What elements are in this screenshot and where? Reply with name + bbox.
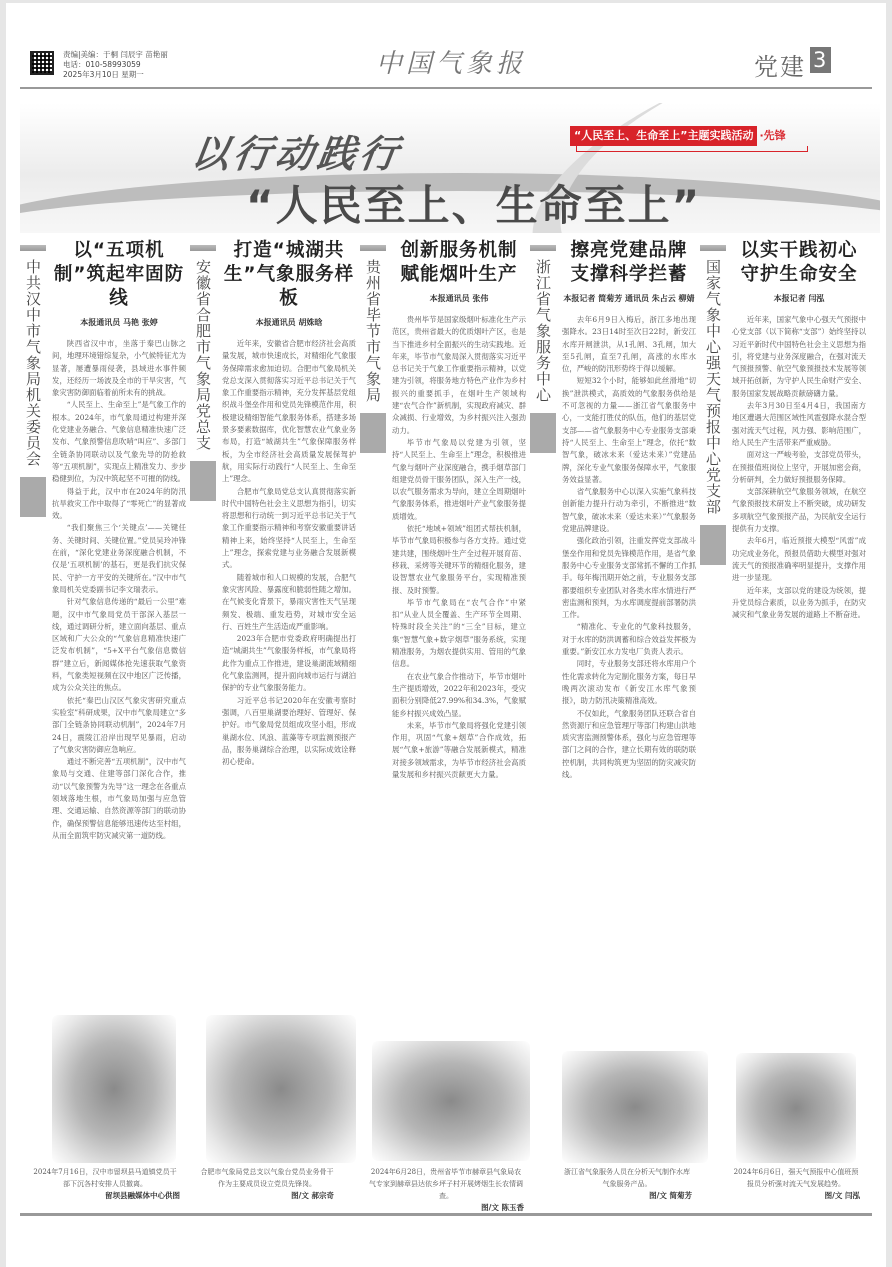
paragraph: 通过不断完善“五项机制”，汉中市气象局与交通、住建等部门深化合作，推动“以气象预… xyxy=(52,756,186,842)
paragraph: 贵州毕节是国家级烟叶标准化生产示范区，贵州省最大的优质烟叶产区，也是当下推进乡村… xyxy=(392,314,526,437)
paragraph: 毕节市气象局在“农气合作”中紧扣“从业人员全覆盖、生产环节全周期、特殊时段全关注… xyxy=(392,597,526,671)
caption-text: 2024年7月16日，汉中市留坝县马道镇党员干部下沉各村安排人员撤离。 xyxy=(33,1168,176,1188)
section-header: 党建3 xyxy=(754,47,831,82)
org-label-text: 浙江省气象服务中心 xyxy=(530,259,556,403)
article: 打造“城湖共生”气象服务样板 本报通讯员 胡姝晗 近年来，安徽省合肥市经济社会高… xyxy=(222,235,356,768)
article-headline[interactable]: 以实干践初心守护生命安全 xyxy=(732,239,866,287)
caption-text: 浙江省气象服务人员在分析天气制作水库气象服务产品。 xyxy=(564,1168,690,1188)
paragraph: 同时，专业服务支部还将水库用户个性化需求转化为定制化服务方案，每日早晚两次滚动发… xyxy=(562,658,696,707)
editors-line: 责编|美编：于桐 闫辰宇 苗艳丽 xyxy=(63,50,168,60)
article: 创新服务机制赋能烟叶生产 本报通讯员 张伟 贵州毕节是国家级烟叶标准化生产示范区… xyxy=(392,235,526,781)
page-number: 3 xyxy=(810,47,831,73)
activity-tag-bracket xyxy=(576,146,808,152)
activity-tag: “人民至上、生命至上”主题实践活动·先锋 xyxy=(570,126,786,146)
org-label-block xyxy=(530,413,556,453)
paragraph: 陕西省汉中市，坐落于秦巴山脉之间，地理环境错综复杂，小气候特征尤为显著，屡遭暴雨… xyxy=(52,338,186,399)
paragraph: 近年来，支部以党的建设为统领，提升党员综合素质，以业务为抓手，在防灾减灾和气象业… xyxy=(732,585,866,622)
photo-caption: 2024年6月6日，强天气预报中心值班预报员分析强对流天气发展趋势。 图/文 闫… xyxy=(732,1166,860,1202)
org-label-bar xyxy=(190,245,216,251)
article-headline[interactable]: 以“五项机制”筑起牢固防线 xyxy=(52,239,186,311)
paragraph: 短短32个小时，能够如此丝滑地“切换”泄洪模式，高质效的气象服务供给是不可忽视的… xyxy=(562,375,696,486)
paragraph: 得益于此，汉中市在2024年的防汛抗旱救灾工作中取得了“零死亡”的显著成效。 xyxy=(52,486,186,523)
paragraph: 去年6月，临近预报大模型“风雷”成功完成业务化，预报员借助大模型对强对流天气的预… xyxy=(732,535,866,584)
caption-text: 合肥市气象局党总支以气象台党员业务骨干作为主要成员设立党员先锋岗。 xyxy=(201,1168,334,1188)
banner-title-line1: 以行动践行 xyxy=(188,123,406,178)
photo-zhejiang-forecasters[interactable] xyxy=(562,1051,708,1163)
org-label-block xyxy=(190,461,216,501)
phone-line: 电话：010-58993059 xyxy=(63,60,168,70)
section-name: 党建 xyxy=(754,53,806,81)
org-label: 安徽省合肥市气象局党总支 xyxy=(190,245,216,501)
org-label-block xyxy=(20,477,46,517)
org-label-text: 贵州省毕节市气象局 xyxy=(360,259,386,403)
paragraph: “精准化、专业化的气象科技服务，对于水库的防洪调蓄和综合效益发挥极为重要。”新安… xyxy=(562,621,696,658)
org-label-text: 国家气象中心强天气预报中心党支部 xyxy=(700,259,726,515)
article-byline: 本报通讯员 张伟 xyxy=(392,293,526,304)
paragraph: “人民至上、生命至上”是气象工作的根本。2024年，市气象局通过构建并深化党建业… xyxy=(52,399,186,485)
caption-text: 2024年6月28日，贵州省毕节市赫章县气象局农气专家到赫章县达依乡坪子村开展烤… xyxy=(369,1168,523,1200)
article-headline[interactable]: 打造“城湖共生”气象服务样板 xyxy=(222,239,356,311)
top-divider xyxy=(20,87,872,89)
photo-caption: 浙江省气象服务人员在分析天气制作水库气象服务产品。 图/文 简菊芳 xyxy=(562,1166,692,1202)
paragraph: 支部深耕航空气象服务领域，在航空气象预报技术研发上不断突破，成功研发多项航空气象… xyxy=(732,486,866,535)
newspaper-logo: 中国气象报 xyxy=(376,43,526,80)
org-label-bar xyxy=(20,245,46,251)
paragraph: 合肥市气象局党总支认真贯彻落实新时代中国特色社会主义思想为指引，切实将思想和行动… xyxy=(222,486,356,572)
paragraph: 近年来，国家气象中心强天气预报中心党支部（以下简称“支部”）始终坚持以习近平新时… xyxy=(732,314,866,400)
article-headline[interactable]: 擦亮党建品牌支撑科学拦蓄 xyxy=(562,239,696,287)
caption-text: 2024年6月6日，强天气预报中心值班预报员分析强对流天气发展趋势。 xyxy=(734,1168,859,1188)
paragraph: 去年3月30日至4月4日，我国南方地区遭遇大范围区域性风雹强降水混合型强对流天气… xyxy=(732,400,866,449)
photo-credit: 图/文 简菊芳 xyxy=(562,1190,692,1202)
article-body: 去年6月9日入梅后，浙江多地出现强降水。23日14时至次日22时，新安江水库开闸… xyxy=(562,314,696,781)
activity-tag-suffix: ·先锋 xyxy=(759,129,785,142)
photo-caption: 合肥市气象局党总支以气象台党员业务骨干作为主要成员设立党员先锋岗。 图/文 郝宗… xyxy=(200,1166,334,1202)
paragraph: 针对气象信息传递的“最后一公里”难题，汉中市气象局党员干部深入基层一线，通过调研… xyxy=(52,596,186,694)
org-label-bar xyxy=(700,245,726,251)
article-headline[interactable]: 创新服务机制赋能烟叶生产 xyxy=(392,239,526,287)
paragraph: 随着城市和人口规模的发展，合肥气象灾害风险、暴露度和脆弱性随之增加。在气候变化背… xyxy=(222,572,356,633)
paragraph: 面对这一严峻考验，支部党员带头，在预报值班岗位上坚守，开展加密会商，分析研判，全… xyxy=(732,449,866,486)
paragraph: 依托“秦巴山汉区气象灾害研究重点实验室”科研成果，汉中市气象局建立“多部门全链条… xyxy=(52,695,186,756)
photo-bijie-tobacco-field[interactable] xyxy=(372,1041,530,1161)
article-body: 近年来，国家气象中心强天气预报中心党支部（以下简称“支部”）始终坚持以习近平新时… xyxy=(732,314,866,621)
paragraph: 不仅如此，气象服务团队还联合省自然资源厅和应急管理厅等部门构建山洪地质灾害监测预… xyxy=(562,708,696,782)
photo-hanzhong-evacuation[interactable] xyxy=(52,1015,176,1163)
photo-national-center-forecaster[interactable] xyxy=(736,1053,856,1163)
photo-hefei-office[interactable] xyxy=(206,1015,356,1163)
activity-tag-label: “人民至上、生命至上”主题实践活动 xyxy=(570,126,757,146)
article-body: 陕西省汉中市，坐落于秦巴山脉之间，地理环境错综复杂，小气候特征尤为显著，屡遭暴雨… xyxy=(52,338,186,842)
paragraph: 2023年合肥市党委政府明确提出打造“城湖共生”气象服务样板，市气象局将此作为重… xyxy=(222,633,356,694)
article: 擦亮党建品牌支撑科学拦蓄 本报记者 简菊芳 通讯员 朱占云 柳婧 去年6月9日入… xyxy=(562,235,696,781)
masthead: 责编|美编：于桐 闫辰宇 苗艳丽 电话：010-58993059 2025年3月… xyxy=(6,3,886,73)
paragraph: “我们聚焦三个‘关键点’——关键任务、关键时间、关键位置。”党员吴玲冲锋在前，“… xyxy=(52,522,186,596)
article-byline: 本报通讯员 马艳 张婷 xyxy=(52,317,186,328)
paragraph: 强化政治引领，注重发挥党支部战斗堡垒作用和党员先锋模范作用，是省气象服务中心专业… xyxy=(562,535,696,621)
org-label: 国家气象中心强天气预报中心党支部 xyxy=(700,245,726,565)
paragraph: 在农业气象合作推动下，毕节市烟叶生产提质增效，2022年和2023年，受灾面积分… xyxy=(392,671,526,720)
org-label-bar xyxy=(360,245,386,251)
org-label-bar xyxy=(530,245,556,251)
org-label-text: 安徽省合肥市气象局党总支 xyxy=(190,259,216,451)
photo-credit: 图/文 郝宗奇 xyxy=(200,1190,334,1202)
banner-title-line2: “人民至上、生命至上” xyxy=(246,173,701,233)
article-byline: 本报通讯员 胡姝晗 xyxy=(222,317,356,328)
org-label: 中共汉中市气象局机关委员会 xyxy=(20,245,46,517)
article-byline: 本报记者 闫泓 xyxy=(732,293,866,304)
article: 以“五项机制”筑起牢固防线 本报通讯员 马艳 张婷 陕西省汉中市，坐落于秦巴山脉… xyxy=(52,235,186,842)
photo-caption: 2024年6月28日，贵州省毕节市赫章县气象局农气专家到赫章县达依乡坪子村开展烤… xyxy=(368,1166,524,1214)
photo-credit: 图/文 闫泓 xyxy=(732,1190,860,1202)
paragraph: 近年来，安徽省合肥市经济社会高质量发展，城市快速成长，对精细化气象服务保障需求愈… xyxy=(222,338,356,486)
paragraph: 习近平总书记2020年在安徽考察时强调，八百里巢湖要治理好、管理好、保护好。市气… xyxy=(222,695,356,769)
date-line: 2025年3月10日 星期一 xyxy=(63,70,168,80)
article: 以实干践初心守护生命安全 本报记者 闫泓 近年来，国家气象中心强天气预报中心党支… xyxy=(732,235,866,621)
article-byline: 本报记者 简菊芳 通讯员 朱占云 柳婧 xyxy=(562,293,696,304)
photo-caption: 2024年7月16日，汉中市留坝县马道镇党员干部下沉各村安排人员撤离。 留坝县融… xyxy=(30,1166,180,1202)
org-label: 浙江省气象服务中心 xyxy=(530,245,556,453)
paragraph: 未来，毕节市气象局将强化党建引领作用，巩固“气象+烟草”合作成效，拓展“气象+旅… xyxy=(392,720,526,781)
article-body: 贵州毕节是国家级烟叶标准化生产示范区，贵州省最大的优质烟叶产区，也是当下推进乡村… xyxy=(392,314,526,781)
org-label-text: 中共汉中市气象局机关委员会 xyxy=(20,259,46,467)
org-label: 贵州省毕节市气象局 xyxy=(360,245,386,453)
org-label-block xyxy=(360,413,386,453)
bottom-divider xyxy=(20,1213,872,1216)
org-label-block xyxy=(700,525,726,565)
paragraph: 去年6月9日入梅后，浙江多地出现强降水。23日14时至次日22时，新安江水库开闸… xyxy=(562,314,696,375)
paragraph: 依托“地域+领域”组团式帮扶机制，毕节市气象局积极参与各方支持。通过党建共建，围… xyxy=(392,523,526,597)
paragraph: 毕节市气象局以党建为引领，坚持“人民至上、生命至上”理念，积极推进气象与烟叶产业… xyxy=(392,437,526,523)
masthead-info: 责编|美编：于桐 闫辰宇 苗艳丽 电话：010-58993059 2025年3月… xyxy=(63,50,168,80)
qr-code-icon[interactable] xyxy=(30,51,54,75)
article-body: 近年来，安徽省合肥市经济社会高质量发展，城市快速成长，对精细化气象服务保障需求愈… xyxy=(222,338,356,768)
newspaper-page: 责编|美编：于桐 闫辰宇 苗艳丽 电话：010-58993059 2025年3月… xyxy=(6,3,886,1267)
paragraph: 省气象服务中心以深入实施气象科技创新能力提升行动为牵引，不断推进“数智气象，破冰… xyxy=(562,486,696,535)
photo-credit: 留坝县融媒体中心供图 xyxy=(30,1190,180,1202)
